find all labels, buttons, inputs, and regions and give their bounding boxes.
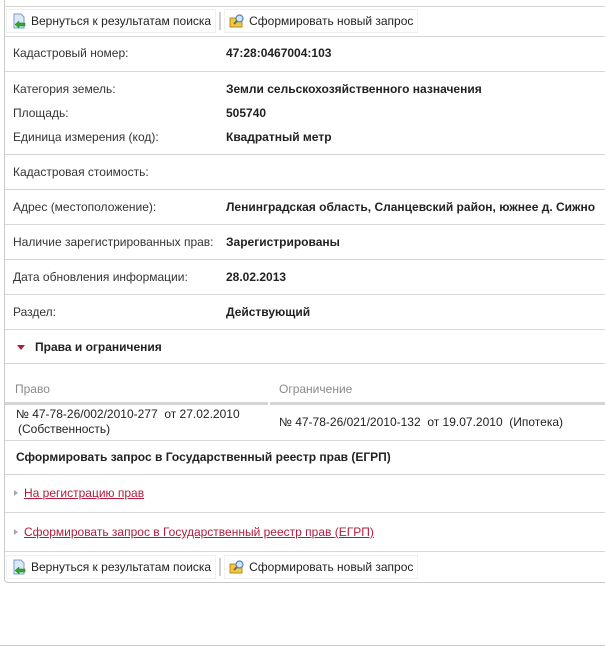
divider	[5, 224, 605, 225]
back-document-icon	[11, 559, 27, 575]
divider	[5, 440, 605, 441]
land-category-label: Категория земель:	[13, 82, 116, 96]
divider	[5, 329, 605, 330]
bullet-arrow-icon	[14, 529, 18, 535]
folder-search-icon	[229, 559, 245, 575]
registered-rights-label: Наличие зарегистрированных прав:	[13, 235, 214, 249]
new-request-label: Сформировать новый запрос	[249, 14, 413, 28]
toolbar-separator	[219, 558, 221, 576]
unit-value: Квадратный метр	[226, 130, 332, 144]
address-value: Ленинградская область, Сланцевский район…	[226, 200, 595, 214]
divider	[4, 6, 605, 7]
address-label: Адрес (местоположение):	[13, 200, 156, 214]
footer-divider	[0, 645, 605, 646]
update-date-value: 28.02.2013	[226, 270, 286, 284]
land-category-value: Земли сельскохозяйственного назначения	[226, 82, 482, 96]
divider	[5, 259, 605, 260]
back-to-results-label: Вернуться к результатам поиска	[31, 560, 211, 574]
rights-column-header: Право	[15, 382, 50, 396]
section-label: Раздел:	[13, 305, 56, 319]
divider	[5, 36, 605, 37]
update-date-label: Дата обновления информации:	[13, 270, 188, 284]
restriction-column-header: Ограничение	[279, 382, 352, 396]
divider	[5, 71, 605, 72]
header-underline	[270, 402, 605, 405]
divider	[5, 154, 605, 155]
register-rights-link[interactable]: На регистрацию прав	[24, 486, 144, 500]
divider	[5, 363, 605, 364]
divider	[5, 551, 605, 552]
area-value: 505740	[226, 106, 266, 120]
bullet-arrow-icon	[14, 490, 18, 496]
bottom-toolbar: Вернуться к результатам поиска Сформиров…	[6, 555, 418, 579]
divider	[5, 294, 605, 295]
section-value: Действующий	[226, 305, 310, 319]
folder-search-icon	[229, 13, 245, 29]
unit-label: Единица измерения (код):	[13, 130, 159, 144]
right-number: № 47-78-26/002/2010-277 от 27.02.2010	[16, 407, 240, 422]
new-request-button[interactable]: Сформировать новый запрос	[224, 555, 418, 579]
rights-section-title[interactable]: Права и ограничения	[35, 340, 162, 354]
back-to-results-button[interactable]: Вернуться к результатам поиска	[6, 9, 216, 33]
top-toolbar: Вернуться к результатам поиска Сформиров…	[6, 9, 418, 33]
egrp-request-link[interactable]: Сформировать запрос в Государственный ре…	[24, 525, 374, 539]
back-to-results-button[interactable]: Вернуться к результатам поиска	[6, 555, 216, 579]
collapse-triangle-icon[interactable]	[17, 345, 25, 350]
restriction-entry: № 47-78-26/021/2010-132 от 19.07.2010 (И…	[279, 415, 563, 430]
divider	[5, 189, 605, 190]
divider	[5, 474, 605, 475]
cadastral-number-label: Кадастровый номер:	[13, 46, 128, 60]
divider	[5, 512, 605, 513]
right-entry: № 47-78-26/002/2010-277 от 27.02.2010 (С…	[16, 407, 240, 437]
new-request-button[interactable]: Сформировать новый запрос	[224, 9, 418, 33]
cadastral-cost-label: Кадастровая стоимость:	[13, 165, 149, 179]
back-document-icon	[11, 13, 27, 29]
cadastral-number-value: 47:28:0467004:103	[226, 46, 331, 60]
toolbar-separator	[219, 12, 221, 30]
back-to-results-label: Вернуться к результатам поиска	[31, 14, 211, 28]
new-request-label: Сформировать новый запрос	[249, 560, 413, 574]
header-underline	[5, 402, 268, 405]
right-type: (Собственность)	[16, 422, 240, 437]
registered-rights-value: Зарегистрированы	[226, 235, 340, 249]
egrp-title: Сформировать запрос в Государственный ре…	[16, 450, 391, 464]
area-label: Площадь:	[13, 106, 69, 120]
